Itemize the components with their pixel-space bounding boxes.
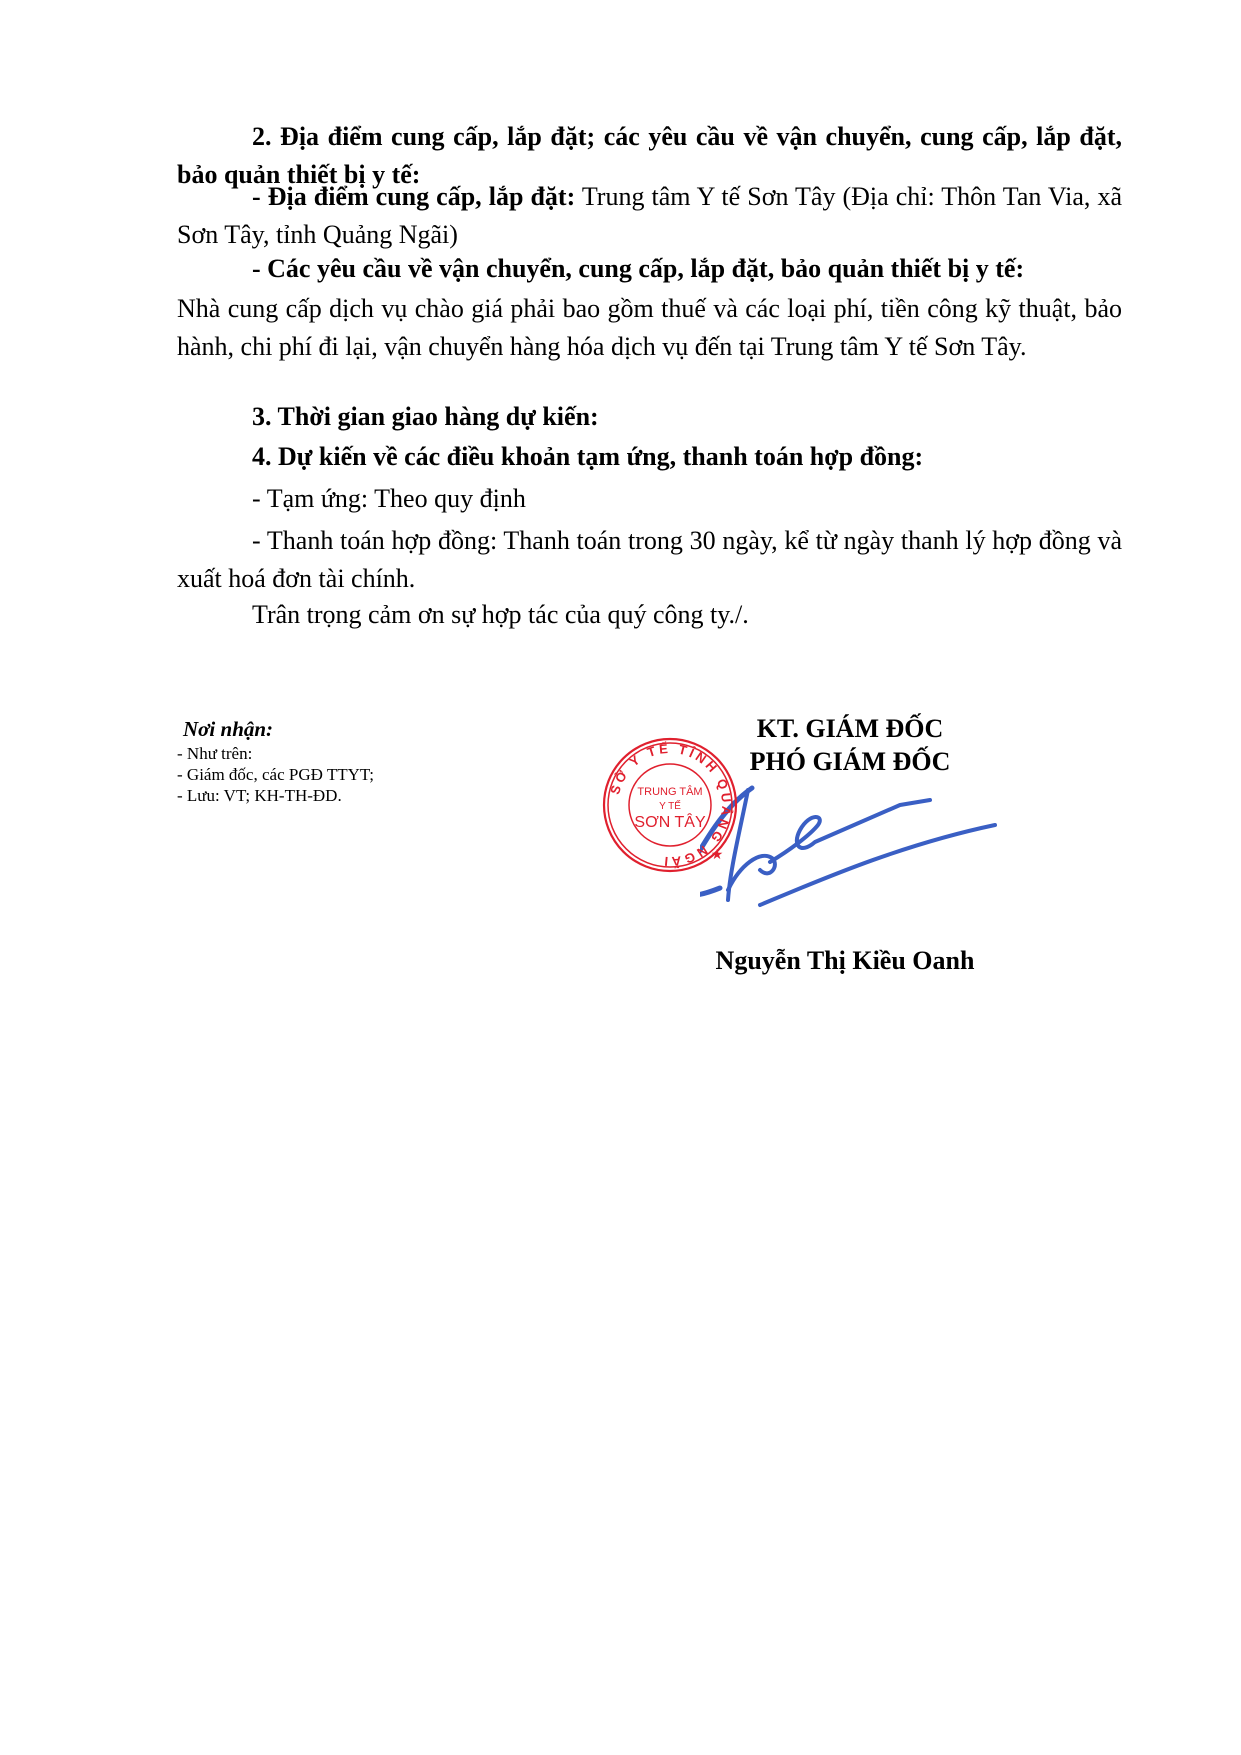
- recipient-item: - Giám đốc, các PGĐ TTYT;: [177, 764, 374, 785]
- section-3-heading: 3. Thời gian giao hàng dự kiến:: [177, 398, 1122, 436]
- handwritten-signature: [700, 770, 1060, 920]
- closing-line: Trân trọng cảm ơn sự hợp tác của quý côn…: [177, 596, 1122, 634]
- advance-payment: - Tạm ứng: Theo quy định: [177, 480, 1122, 518]
- section-4-heading: 4. Dự kiến về các điều khoản tạm ứng, th…: [177, 438, 1122, 476]
- requirements-text: Nhà cung cấp dịch vụ chào giá phải bao g…: [177, 290, 1122, 366]
- signer-name: Nguyễn Thị Kiều Oanh: [640, 946, 1050, 976]
- stamp-inner-line-2: Y TẾ: [659, 799, 681, 812]
- requirements-label: - Các yêu cầu về vận chuyển, cung cấp, l…: [177, 250, 1122, 288]
- delivery-location-label: - Địa điểm cung cấp, lắp đặt:: [252, 182, 575, 211]
- stamp-inner-line-3: SƠN TÂY: [634, 812, 706, 831]
- delivery-location: - Địa điểm cung cấp, lắp đặt: Trung tâm …: [177, 178, 1122, 254]
- stamp-star-icon: ★: [711, 848, 724, 863]
- stamp-inner-line-1: TRUNG TÂM: [637, 785, 702, 798]
- recipient-item: - Lưu: VT; KH-TH-ĐD.: [177, 785, 374, 806]
- contract-payment: - Thanh toán hợp đồng: Thanh toán trong …: [177, 522, 1122, 598]
- official-stamp: SỞ Y TẾ TỈNH QUẢNG NGÃI ★ TRUNG TÂM Y TẾ…: [600, 735, 740, 875]
- recipients-title: Nơi nhận:: [183, 716, 374, 743]
- recipient-item: - Như trên:: [177, 743, 374, 764]
- document-page: 2. Địa điểm cung cấp, lắp đặt; các yêu c…: [0, 0, 1241, 1755]
- signature-title-1: KT. GIÁM ĐỐC: [700, 712, 1000, 746]
- recipients-block: Nơi nhận: - Như trên: - Giám đốc, các PG…: [177, 716, 374, 806]
